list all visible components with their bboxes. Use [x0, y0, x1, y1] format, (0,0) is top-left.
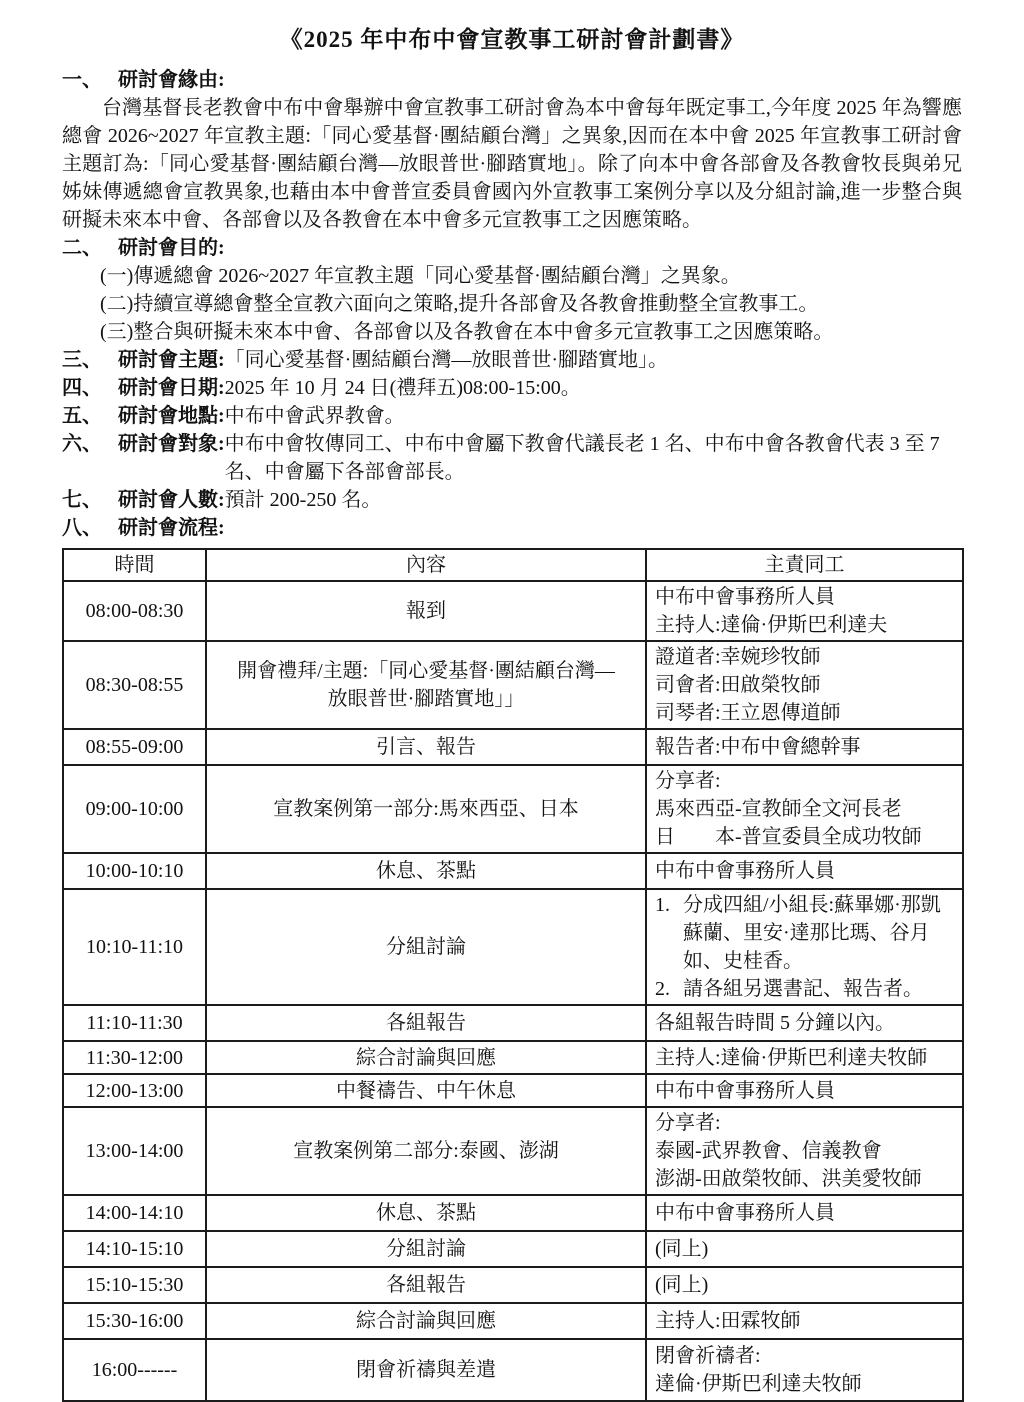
table-row: 09:00-10:00宣教案例第一部分:馬來西亞、日本分享者:馬來西亞-宣教師全…: [63, 765, 963, 853]
table-row: 15:30-16:00綜合討論與回應主持人:田霖牧師: [63, 1303, 963, 1339]
section-label: 研討會日期:: [118, 374, 225, 402]
time-cell: 10:00-10:10: [63, 853, 206, 889]
table-row: 16:00------閉會祈禱與差遣閉會祈禱者:達倫·伊斯巴利達夫牧師: [63, 1339, 963, 1401]
section-label: 研討會主題:: [118, 346, 225, 374]
staff-line: 日 本-普宣委員全成功牧師: [655, 823, 954, 851]
section-number: 六、: [62, 430, 118, 458]
staff-item-number: 1.: [655, 891, 683, 975]
content-line: 各組報告: [215, 1271, 637, 1299]
staff-line: 澎湖-田啟榮牧師、洪美愛牧師: [655, 1165, 954, 1193]
staff-line: 報告者:中布中會總幹事: [655, 733, 954, 761]
content-line: 報到: [215, 597, 637, 625]
staff-cell: 分享者:馬來西亞-宣教師全文河長老日 本-普宣委員全成功牧師: [646, 765, 963, 853]
section-label: 研討會緣由:: [118, 66, 225, 94]
table-row: 12:00-13:00中餐禱告、中午休息中布中會事務所人員: [63, 1074, 963, 1107]
staff-cell: 證道者:幸婉珍牧師司會者:田啟榮牧師司琴者:王立恩傳道師: [646, 641, 963, 729]
staff-cell: 分享者:泰國-武界教會、信義教會澎湖-田啟榮牧師、洪美愛牧師: [646, 1107, 963, 1195]
section-date: 四、 研討會日期: 2025 年 10 月 24 日(禮拜五)08:00-15:…: [62, 374, 962, 402]
section-number: 四、: [62, 374, 118, 402]
table-row: 13:00-14:00宣教案例第二部分:泰國、澎湖分享者:泰國-武界教會、信義教…: [63, 1107, 963, 1195]
section-schedule-heading: 八、 研討會流程:: [62, 514, 962, 542]
staff-cell: 中布中會事務所人員: [646, 1074, 963, 1107]
content-line: 閉會祈禱與差遣: [215, 1356, 637, 1384]
staff-line: 閉會祈禱者:: [655, 1342, 954, 1370]
section-label: 研討會地點:: [118, 402, 225, 430]
content-line: 各組報告: [215, 1009, 637, 1037]
content-cell: 引言、報告: [206, 729, 646, 765]
content-line: 宣教案例第二部分:泰國、澎湖: [215, 1137, 637, 1165]
staff-cell: 各組報告時間 5 分鐘以內。: [646, 1005, 963, 1041]
section-location: 五、 研討會地點: 中布中會武界教會。: [62, 402, 962, 430]
time-cell: 13:00-14:00: [63, 1107, 206, 1195]
purpose-item-3: (三)整合與研擬未來本中會、各部會以及各教會在本中會多元宣教事工之因應策略。: [62, 318, 962, 346]
staff-cell: (同上): [646, 1231, 963, 1267]
section-text: 中布中會牧傳同工、中布中會屬下教會代議長老 1 名、中布中會各教會代表 3 至 …: [225, 430, 962, 486]
content-cell: 各組報告: [206, 1267, 646, 1303]
purpose-item-1: (一)傳遞總會 2026~2027 年宣教主題「同心愛基督·團結顧台灣」之異象。: [62, 262, 962, 290]
content-cell: 宣教案例第二部分:泰國、澎湖: [206, 1107, 646, 1195]
document-page: 《2025 年中布中會宣教事工研討會計劃書》 一、 研討會緣由: 台灣基督長老教…: [0, 0, 1024, 1402]
table-row: 14:10-15:10分組討論(同上): [63, 1231, 963, 1267]
content-cell: 綜合討論與回應: [206, 1303, 646, 1339]
staff-cell: 中布中會事務所人員主持人:達倫·伊斯巴利達夫: [646, 581, 963, 641]
staff-line: 各組報告時間 5 分鐘以內。: [655, 1009, 954, 1037]
staff-numbered-item: 1.分成四組/小組長:蘇畢娜·那凱蘇蘭、里安·達那比瑪、谷月如、史桂香。: [655, 891, 954, 975]
section-number: 一、: [62, 66, 118, 94]
section-text: 預計 200-250 名。: [225, 486, 962, 514]
col-header-time: 時間: [63, 549, 206, 581]
staff-line: 泰國-武界教會、信義教會: [655, 1137, 954, 1165]
section-number: 七、: [62, 486, 118, 514]
staff-cell: (同上): [646, 1267, 963, 1303]
section-attendance: 七、 研討會人數: 預計 200-250 名。: [62, 486, 962, 514]
staff-line: 分享者:: [655, 1109, 954, 1137]
table-row: 08:00-08:30報到中布中會事務所人員主持人:達倫·伊斯巴利達夫: [63, 581, 963, 641]
content-cell: 開會禮拜/主題:「同心愛基督·團結顧台灣—放眼普世·腳踏實地」」: [206, 641, 646, 729]
staff-cell: 報告者:中布中會總幹事: [646, 729, 963, 765]
section-label: 研討會目的:: [118, 234, 225, 262]
section-audience: 六、 研討會對象: 中布中會牧傳同工、中布中會屬下教會代議長老 1 名、中布中會…: [62, 430, 962, 486]
staff-line: 中布中會事務所人員: [655, 583, 954, 611]
content-line: 放眼普世·腳踏實地」」: [215, 685, 637, 713]
staff-cell: 主持人:田霖牧師: [646, 1303, 963, 1339]
content-line: 中餐禱告、中午休息: [215, 1077, 637, 1105]
staff-numbered-item: 2.請各組另選書記、報告者。: [655, 975, 954, 1003]
staff-line: 證道者:幸婉珍牧師: [655, 643, 954, 671]
staff-line: 中布中會事務所人員: [655, 1077, 954, 1105]
staff-line: 主持人:達倫·伊斯巴利達夫牧師: [655, 1044, 954, 1072]
section-text: 中布中會武界教會。: [225, 402, 962, 430]
time-cell: 08:30-08:55: [63, 641, 206, 729]
schedule-table-body: 08:00-08:30報到中布中會事務所人員主持人:達倫·伊斯巴利達夫08:30…: [63, 581, 963, 1401]
table-row: 15:10-15:30各組報告(同上): [63, 1267, 963, 1303]
section-label: 研討會對象:: [118, 430, 225, 458]
staff-line: 司會者:田啟榮牧師: [655, 671, 954, 699]
page-title: 《2025 年中布中會宣教事工研討會計劃書》: [62, 24, 962, 56]
time-cell: 11:10-11:30: [63, 1005, 206, 1041]
staff-item-number: 2.: [655, 975, 683, 1003]
content-cell: 中餐禱告、中午休息: [206, 1074, 646, 1107]
staff-line: 馬來西亞-宣教師全文河長老: [655, 795, 954, 823]
table-row: 10:00-10:10休息、茶點中布中會事務所人員: [63, 853, 963, 889]
section-purpose-heading: 二、 研討會目的:: [62, 234, 962, 262]
section-origin-paragraph: 台灣基督長老教會中布中會舉辦中會宣教事工研討會為本中會每年既定事工,今年度 20…: [62, 94, 962, 234]
time-cell: 11:30-12:00: [63, 1041, 206, 1074]
staff-line: 中布中會事務所人員: [655, 857, 954, 885]
content-cell: 宣教案例第一部分:馬來西亞、日本: [206, 765, 646, 853]
content-line: 宣教案例第一部分:馬來西亞、日本: [215, 795, 637, 823]
content-line: 休息、茶點: [215, 857, 637, 885]
table-row: 11:30-12:00綜合討論與回應主持人:達倫·伊斯巴利達夫牧師: [63, 1041, 963, 1074]
staff-cell: 中布中會事務所人員: [646, 853, 963, 889]
section-origin-heading: 一、 研討會緣由:: [62, 66, 962, 94]
content-cell: 閉會祈禱與差遣: [206, 1339, 646, 1401]
staff-cell: 1.分成四組/小組長:蘇畢娜·那凱蘇蘭、里安·達那比瑪、谷月如、史桂香。2.請各…: [646, 889, 963, 1005]
staff-item-text: 請各組另選書記、報告者。: [683, 975, 954, 1003]
table-row: 11:10-11:30各組報告各組報告時間 5 分鐘以內。: [63, 1005, 963, 1041]
staff-line: 主持人:達倫·伊斯巴利達夫: [655, 611, 954, 639]
staff-line: 達倫·伊斯巴利達夫牧師: [655, 1370, 954, 1398]
time-cell: 08:55-09:00: [63, 729, 206, 765]
col-header-staff: 主責同工: [646, 549, 963, 581]
time-cell: 10:10-11:10: [63, 889, 206, 1005]
section-label: 研討會流程:: [118, 514, 225, 542]
schedule-table: 時間 內容 主責同工 08:00-08:30報到中布中會事務所人員主持人:達倫·…: [62, 548, 964, 1402]
content-cell: 休息、茶點: [206, 1195, 646, 1231]
content-line: 休息、茶點: [215, 1199, 637, 1227]
purpose-item-2: (二)持續宣導總會整全宣教六面向之策略,提升各部會及各教會推動整全宣教事工。: [62, 290, 962, 318]
staff-cell: 中布中會事務所人員: [646, 1195, 963, 1231]
content-line: 開會禮拜/主題:「同心愛基督·團結顧台灣—: [215, 657, 637, 685]
table-row: 14:00-14:10休息、茶點中布中會事務所人員: [63, 1195, 963, 1231]
content-line: 引言、報告: [215, 733, 637, 761]
section-text: 2025 年 10 月 24 日(禮拜五)08:00-15:00。: [225, 374, 962, 402]
time-cell: 15:10-15:30: [63, 1267, 206, 1303]
content-line: 綜合討論與回應: [215, 1307, 637, 1335]
content-line: 分組討論: [215, 933, 637, 961]
section-theme: 三、 研討會主題: 「同心愛基督·團結顧台灣—放眼普世·腳踏實地」。: [62, 346, 962, 374]
section-text: 「同心愛基督·團結顧台灣—放眼普世·腳踏實地」。: [225, 346, 962, 374]
content-line: 綜合討論與回應: [215, 1044, 637, 1072]
content-cell: 報到: [206, 581, 646, 641]
content-cell: 休息、茶點: [206, 853, 646, 889]
time-cell: 12:00-13:00: [63, 1074, 206, 1107]
staff-line: 分享者:: [655, 767, 954, 795]
table-row: 08:55-09:00引言、報告報告者:中布中會總幹事: [63, 729, 963, 765]
content-cell: 各組報告: [206, 1005, 646, 1041]
col-header-content: 內容: [206, 549, 646, 581]
staff-cell: 閉會祈禱者:達倫·伊斯巴利達夫牧師: [646, 1339, 963, 1401]
time-cell: 15:30-16:00: [63, 1303, 206, 1339]
staff-line: 主持人:田霖牧師: [655, 1307, 954, 1335]
section-number: 三、: [62, 346, 118, 374]
staff-line: 中布中會事務所人員: [655, 1199, 954, 1227]
time-cell: 14:00-14:10: [63, 1195, 206, 1231]
table-row: 10:10-11:10分組討論1.分成四組/小組長:蘇畢娜·那凱蘇蘭、里安·達那…: [63, 889, 963, 1005]
content-line: 分組討論: [215, 1235, 637, 1263]
time-cell: 09:00-10:00: [63, 765, 206, 853]
staff-line: 司琴者:王立恩傳道師: [655, 699, 954, 727]
time-cell: 16:00------: [63, 1339, 206, 1401]
table-header-row: 時間 內容 主責同工: [63, 549, 963, 581]
staff-item-text: 分成四組/小組長:蘇畢娜·那凱蘇蘭、里安·達那比瑪、谷月如、史桂香。: [683, 891, 954, 975]
section-number: 五、: [62, 402, 118, 430]
content-cell: 綜合討論與回應: [206, 1041, 646, 1074]
staff-line: (同上): [655, 1235, 954, 1263]
section-label: 研討會人數:: [118, 486, 225, 514]
section-number: 八、: [62, 514, 118, 542]
time-cell: 14:10-15:10: [63, 1231, 206, 1267]
table-row: 08:30-08:55開會禮拜/主題:「同心愛基督·團結顧台灣—放眼普世·腳踏實…: [63, 641, 963, 729]
section-number: 二、: [62, 234, 118, 262]
staff-line: (同上): [655, 1271, 954, 1299]
content-cell: 分組討論: [206, 889, 646, 1005]
staff-cell: 主持人:達倫·伊斯巴利達夫牧師: [646, 1041, 963, 1074]
content-cell: 分組討論: [206, 1231, 646, 1267]
time-cell: 08:00-08:30: [63, 581, 206, 641]
